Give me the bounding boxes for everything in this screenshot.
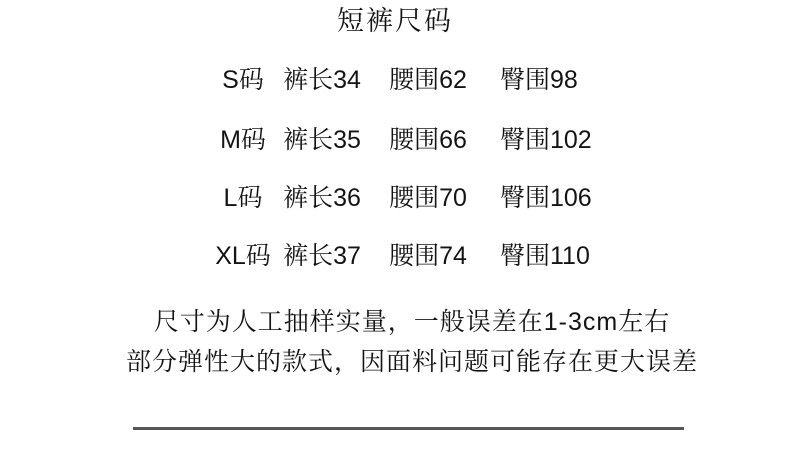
measurement-note-line2: 部分弹性大的款式，因面料问题可能存在更大误差 <box>0 346 790 378</box>
size-label: S码 <box>212 64 274 96</box>
size-row-s: S码 裤长34 腰围62 臀围98 <box>212 64 578 96</box>
divider-line <box>133 427 684 430</box>
hip-value: 臀围102 <box>486 124 592 156</box>
size-row-m: M码 裤长35 腰围66 臀围102 <box>212 124 592 156</box>
size-label: XL码 <box>212 240 274 272</box>
waist-value: 腰围74 <box>370 240 486 272</box>
hip-value: 臀围110 <box>486 240 590 272</box>
page-title: 短裤尺码 <box>0 6 790 36</box>
measurement-note-line1: 尺寸为人工抽样实量，一般误差在1-3cm左右 <box>0 306 790 338</box>
waist-value: 腰围66 <box>370 124 486 156</box>
waist-value: 腰围70 <box>370 182 486 214</box>
size-label: M码 <box>212 124 274 156</box>
size-chart-page: 短裤尺码 S码 裤长34 腰围62 臀围98 M码 裤长35 腰围66 臀围10… <box>0 0 790 459</box>
length-value: 裤长34 <box>274 64 370 96</box>
length-value: 裤长36 <box>274 182 370 214</box>
length-value: 裤长35 <box>274 124 370 156</box>
waist-value: 腰围62 <box>370 64 486 96</box>
hip-value: 臀围98 <box>486 64 578 96</box>
size-row-l: L码 裤长36 腰围70 臀围106 <box>212 182 592 214</box>
size-row-xl: XL码 裤长37 腰围74 臀围110 <box>212 240 590 272</box>
size-label: L码 <box>212 182 274 214</box>
hip-value: 臀围106 <box>486 182 592 214</box>
length-value: 裤长37 <box>274 240 370 272</box>
